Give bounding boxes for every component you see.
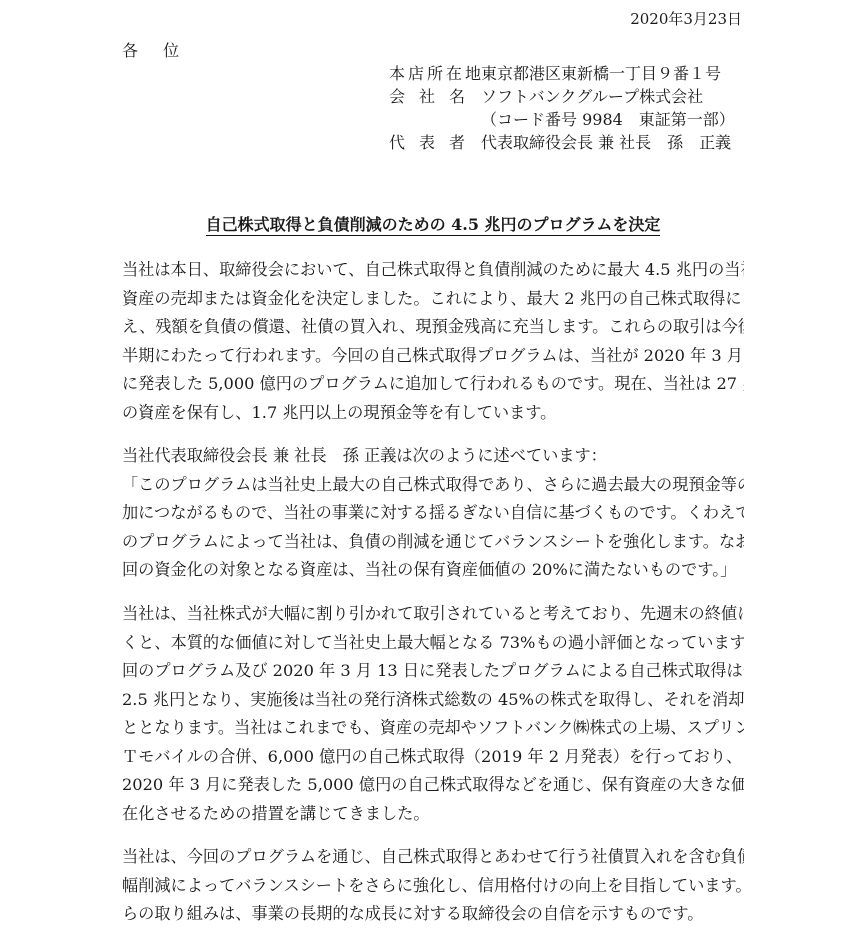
paragraph-line: 幅削減によってバランスシートをさらに強化し、信用格付けの向上を目指しています。こ…	[122, 872, 744, 901]
paragraph-line: らの取り組みは、事業の長期的な成長に対する取締役会の自信を示すものです。	[122, 900, 744, 929]
paragraph-line: 当社は本日、取締役会において、自己株式取得と負債削減のために最大 4.5 兆円の…	[122, 256, 744, 285]
paragraph-line: 当社は、今回のプログラムを通じ、自己株式取得とあわせて行う社債買入れを含む負債の…	[122, 843, 744, 872]
document-date: 2020年3月23日	[630, 8, 742, 29]
paragraph-line: 当社は、当社株式が大幅に割り引かれて取引されていると考えており、先週末の終値に基…	[122, 600, 744, 629]
paragraph-line: のプログラムによって当社は、負債の削減を通じてバランスシートを強化します。なお、…	[122, 528, 744, 557]
paragraph-line: 当社代表取締役会長 兼 社長 孫 正義は次のように述べています：	[122, 442, 744, 471]
paragraph-line: 回のプログラム及び 2020 年 3 月 13 日に発表したプログラムによる自己…	[122, 657, 744, 686]
info-value-representative: 代表取締役会長 兼 社長 孫 正義	[481, 131, 731, 154]
label-char: 表	[419, 131, 435, 154]
info-label-representative: 代 表 者	[389, 131, 465, 154]
paragraph-line: 回の資金化の対象となる資産は、当社の保有資産価値の 20%に満たないものです。」	[122, 556, 744, 585]
paragraph-ceo-quote: 当社代表取締役会長 兼 社長 孫 正義は次のように述べています： 「このプログラ…	[122, 442, 744, 585]
company-info-block: 本 店 所 在 地 東京都港区東新橋一丁目９番１号 会 社 名 ソフトバンクグル…	[389, 62, 735, 154]
paragraph-announcement: 当社は本日、取締役会において、自己株式取得と負債削減のために最大 4.5 兆円の…	[122, 256, 744, 427]
paragraph-line: 半期にわたって行われます。今回の自己株式取得プログラムは、当社が 2020 年 …	[122, 342, 744, 371]
info-row-representative: 代 表 者 代表取締役会長 兼 社長 孫 正義	[389, 131, 735, 154]
info-label-company: 会 社 名	[389, 85, 465, 108]
label-char: 所	[427, 62, 443, 85]
paragraph-line: の資産を保有し、1.7 兆円以上の現預金等を有しています。	[122, 399, 744, 428]
info-row-address: 本 店 所 在 地 東京都港区東新橋一丁目９番１号	[389, 62, 735, 85]
recipient-salutation: 各 位	[122, 38, 189, 61]
label-char: 社	[419, 85, 435, 108]
label-char: 会	[389, 85, 405, 108]
paragraph-line: 2.5 兆円となり、実施後は当社の発行済株式総数の 45%の株式を取得し、それを…	[122, 686, 744, 715]
info-label-address: 本 店 所 在 地	[389, 62, 481, 85]
paragraph-line: 加につながるもので、当社の事業に対する揺るぎない自信に基づくものです。くわえて、…	[122, 499, 744, 528]
label-char: 地	[465, 62, 481, 85]
info-row-code: （コード番号 9984 東証第一部）	[389, 108, 735, 131]
document-title-text: 自己株式取得と負債削減のための 4.5 兆円のプログラムを決定	[206, 215, 661, 236]
paragraph-line: 「このプログラムは当社史上最大の自己株式取得であり、さらに過去最大の現預金等の増	[122, 471, 744, 500]
label-char: 名	[449, 85, 465, 108]
label-char: 店	[408, 62, 424, 85]
paragraph-line: 在化させるための措置を講じてきました。	[122, 800, 744, 829]
paragraph-line: くと、本質的な価値に対して当社史上最大幅となる 73%もの過小評価となっています…	[122, 629, 744, 658]
paragraph-valuation: 当社は、当社株式が大幅に割り引かれて取引されていると考えており、先週末の終値に基…	[122, 600, 744, 828]
paragraph-line: え、残額を負債の償還、社債の買入れ、現預金残高に充当します。これらの取引は今後４…	[122, 313, 744, 342]
label-char: 者	[449, 131, 465, 154]
info-row-company: 会 社 名 ソフトバンクグループ株式会社	[389, 85, 735, 108]
label-char: 代	[389, 131, 405, 154]
info-value-address: 東京都港区東新橋一丁目９番１号	[481, 62, 721, 85]
paragraph-line: ととなります。当社はこれまでも、資産の売却やソフトバンク㈱株式の上場、スプリント…	[122, 714, 744, 743]
label-char: 在	[446, 62, 462, 85]
paragraph-line: Ｔモバイルの合併、6,000 億円の自己株式取得（2019 年 2 月発表）を行…	[122, 743, 744, 772]
paragraph-line: 2020 年 3 月に発表した 5,000 億円の自己株式取得などを通じ、保有資…	[122, 771, 744, 800]
label-char: 本	[389, 62, 405, 85]
info-value-code: （コード番号 9984 東証第一部）	[481, 108, 735, 131]
info-label-empty	[389, 108, 481, 131]
paragraph-line: に発表した 5,000 億円のプログラムに追加して行われるものです。現在、当社は…	[122, 370, 744, 399]
paragraph-balance-sheet: 当社は、今回のプログラムを通じ、自己株式取得とあわせて行う社債買入れを含む負債の…	[122, 843, 744, 929]
paragraph-line: 資産の売却または資金化を決定しました。これにより、最大 2 兆円の自己株式取得に…	[122, 285, 744, 314]
info-value-company: ソフトバンクグループ株式会社	[481, 85, 703, 108]
document-title: 自己株式取得と負債削減のための 4.5 兆円のプログラムを決定	[0, 212, 866, 235]
